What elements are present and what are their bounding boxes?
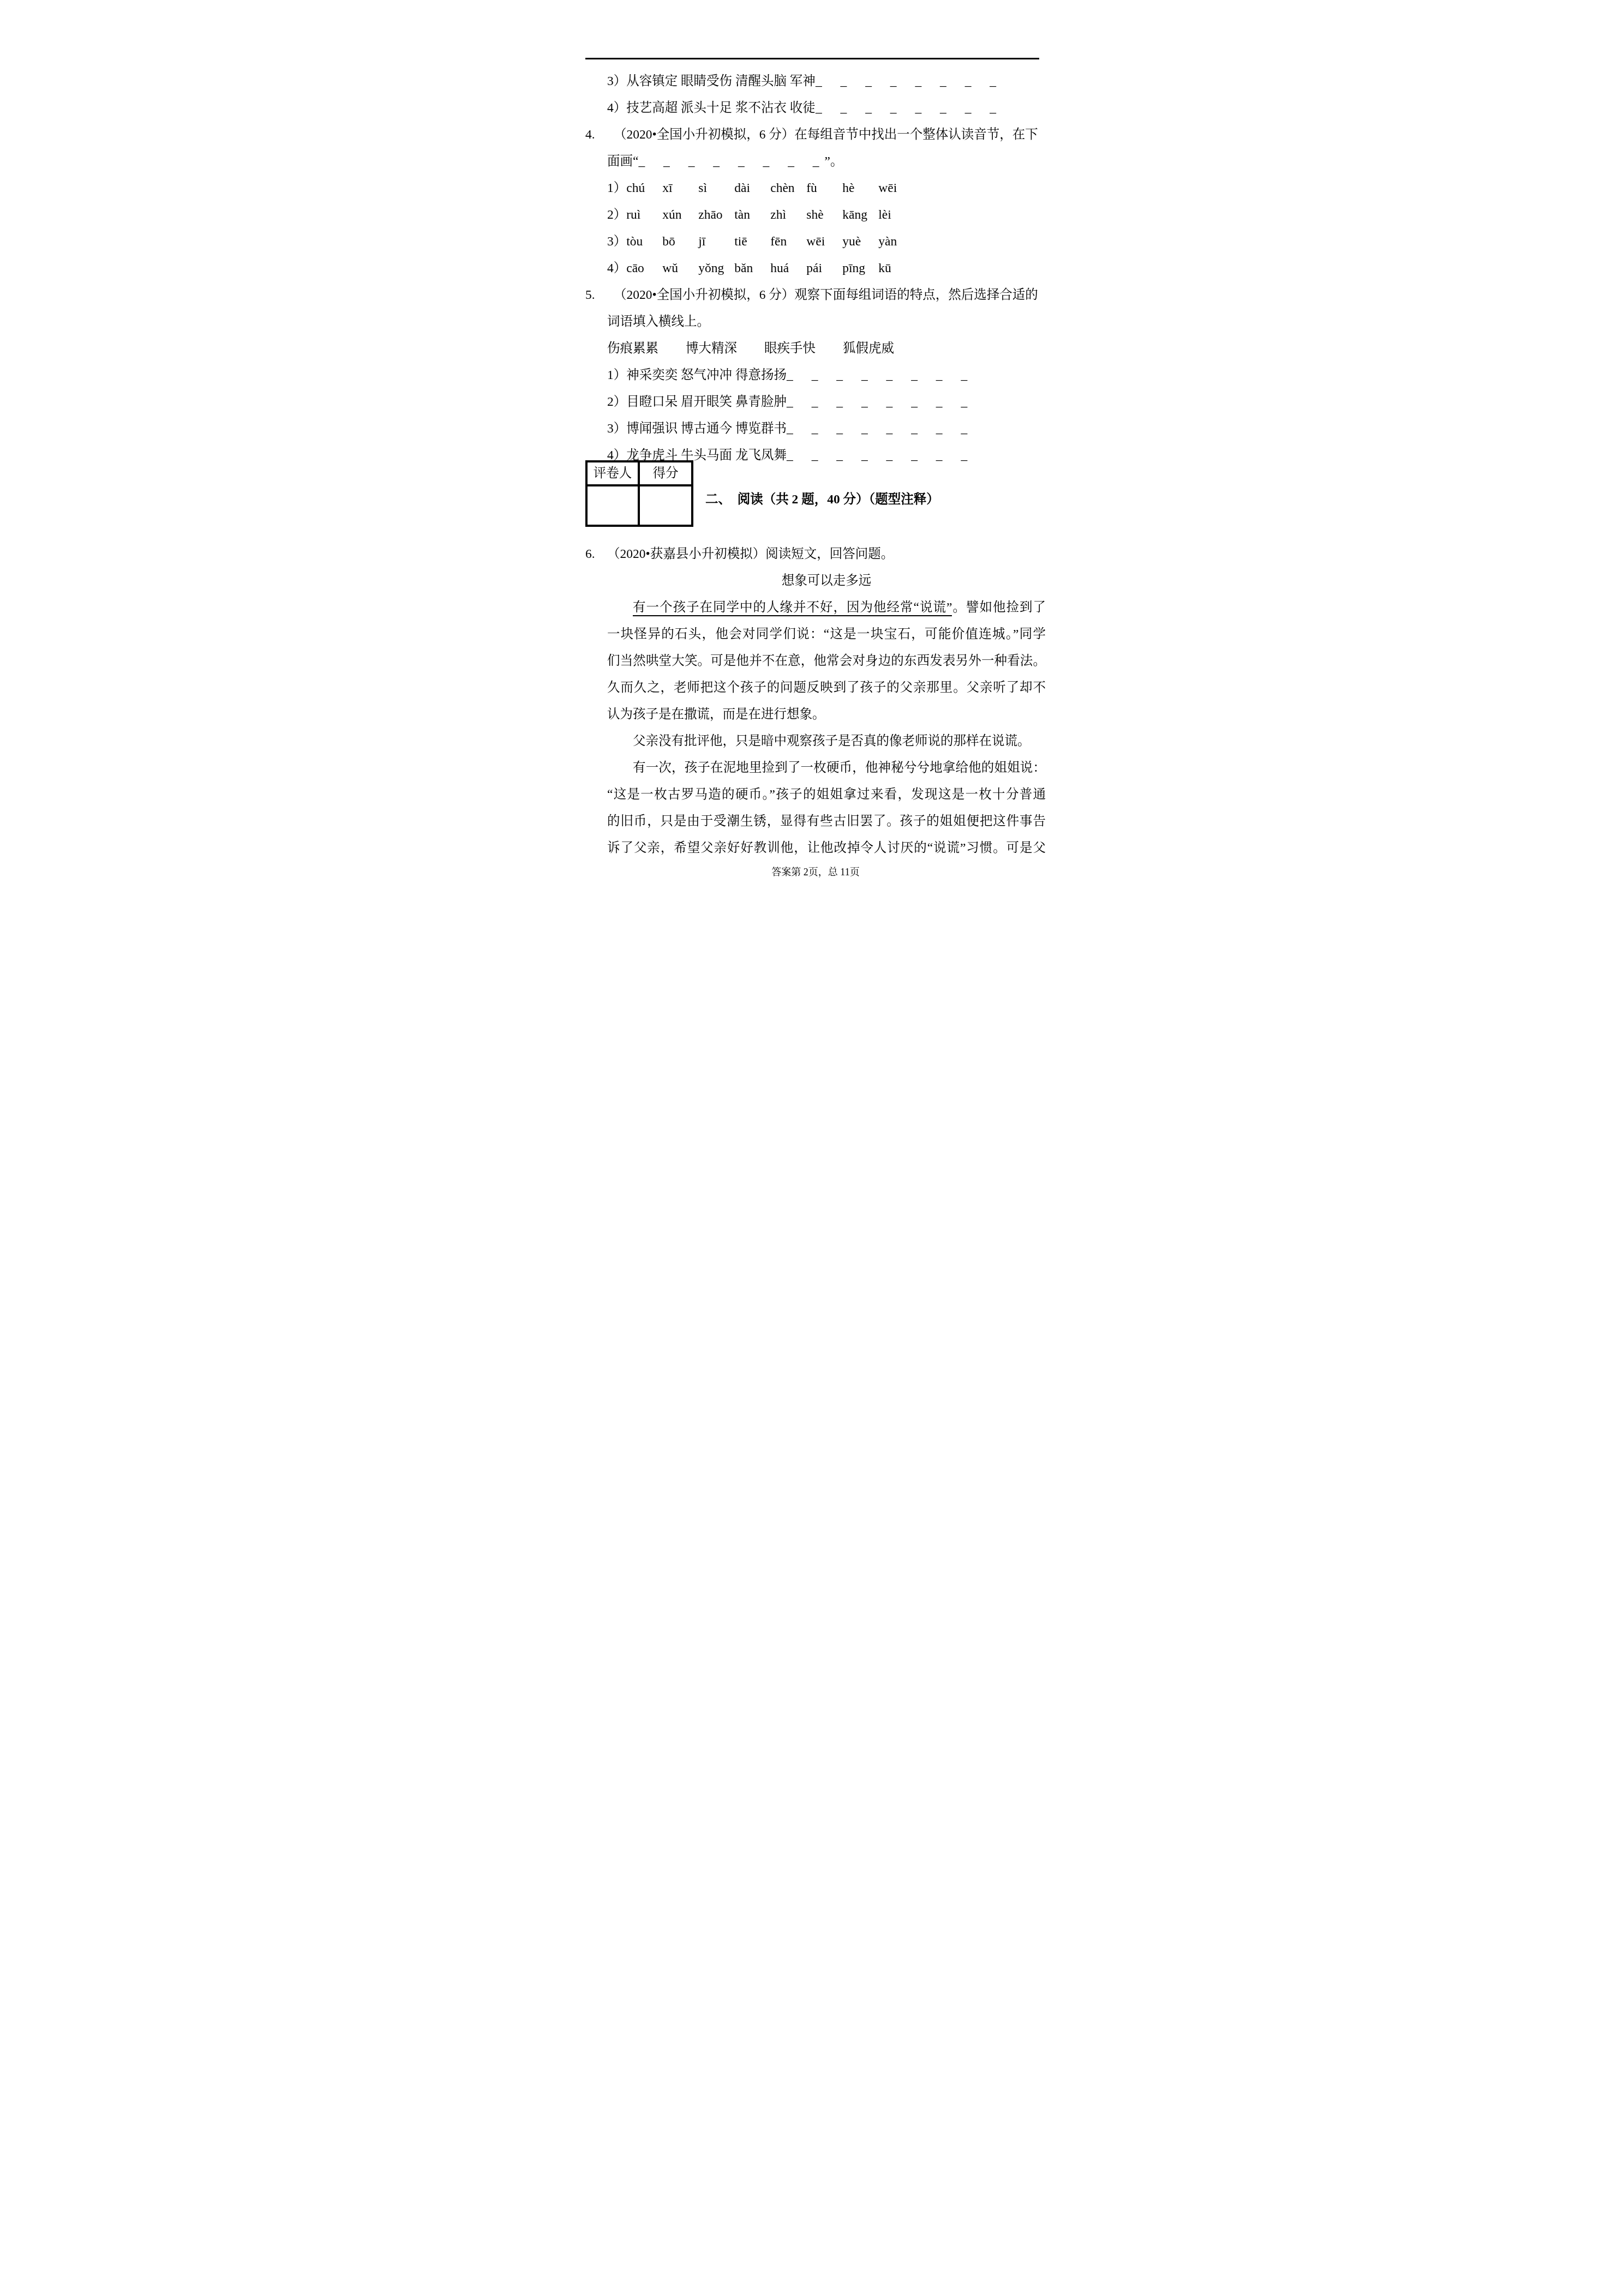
item-words: 神采奕奕 怒气冲冲 得意扬扬: [626, 368, 787, 382]
answer-blank: _ _ _ _ _ _ _ _: [787, 422, 973, 436]
item-words: 目瞪口呆 眉开眼笑 鼻青脸肿: [626, 395, 787, 409]
pinyin-syllable: bō: [662, 229, 698, 255]
item-number: 2）: [607, 208, 626, 222]
word-bank-item: 眼疾手快: [764, 335, 816, 362]
pinyin-syllable: fù: [806, 175, 842, 202]
pinyin-syllable: shè: [806, 202, 842, 229]
pinyin-syllable: chú: [626, 175, 662, 202]
item-number: 2）: [607, 395, 626, 409]
fill-item-4: 4）技艺高超 派头十足 浆不沾衣 收徒_ _ _ _ _ _ _ _: [607, 95, 1046, 122]
word-bank-item: 狐假虎威: [843, 335, 894, 362]
grader-table-value-row: [588, 486, 691, 525]
word-bank: 伤痕累累 博大精深 眼疾手快 狐假虎威: [607, 335, 1046, 362]
pinyin-row-2: 2）ruìxúnzhāotànzhìshèkānglèi: [607, 202, 1046, 229]
pinyin-syllable: pái: [806, 255, 842, 282]
item-number: 3）: [607, 74, 626, 88]
pinyin-syllable: yǒng: [698, 255, 734, 282]
grader-cell-pingjuanren: [588, 486, 640, 525]
pinyin-row-3: 3）tòubōjītiēfēnwēiyuèyàn: [607, 229, 1046, 255]
pinyin-syllable: tiē: [734, 229, 770, 255]
question-5-stem: 5.（2020•全国小升初模拟，6 分）观察下面每组词语的特点，然后选择合适的: [585, 282, 1046, 309]
exam-page: 3）从容镇定 眼睛受伤 清醒头脑 军神_ _ _ _ _ _ _ _ 4）技艺高…: [487, 0, 1137, 918]
grader-header-pingjuanren: 评卷人: [588, 462, 640, 484]
pinyin-syllable: pīng: [842, 255, 878, 282]
pinyin-syllable: fēn: [770, 229, 806, 255]
word-bank-item: 伤痕累累: [607, 335, 658, 362]
question-number: 6.: [585, 541, 607, 568]
passage-line: 久而久之，老师把这个孩子的问题反映到了孩子的父亲那里。父亲听了却不: [607, 675, 1046, 701]
pinyin-syllable: dài: [734, 175, 770, 202]
grader-table: 评卷人 得分: [585, 460, 693, 527]
pinyin-syllable: xún: [662, 202, 698, 229]
answer-blank: _ _ _ _ _ _ _ _: [816, 101, 1002, 115]
fill-item-q5-1: 1）神采奕奕 怒气冲冲 得意扬扬_ _ _ _ _ _ _ _: [607, 362, 1046, 389]
pinyin-syllable: yuè: [842, 229, 878, 255]
item-words: 博闻强识 博古通今 博览群书: [626, 422, 787, 436]
pinyin-syllable: tòu: [626, 229, 662, 255]
answer-blank: _ _ _ _ _ _ _ _: [816, 74, 1002, 88]
item-number: 4）: [607, 261, 626, 275]
item-words: 技艺高超 派头十足 浆不沾衣 收徒: [626, 101, 816, 115]
passage-line: “这是一枚古罗马造的硬币。”孩子的姐姐拿过来看，发现这是一枚十分普通: [607, 782, 1046, 808]
grader-table-header-row: 评卷人 得分: [588, 462, 691, 486]
fill-suffix: ”。: [825, 154, 843, 169]
item-number: 1）: [607, 181, 626, 195]
answer-blank: _ _ _ _ _ _ _ _: [787, 368, 973, 382]
passage-line: 父亲没有批评他，只是暗中观察孩子是否真的像老师说的那样在说谎。: [607, 728, 1046, 755]
passage-line: 有一个孩子在同学中的人缘并不好，因为他经常“说谎”。譬如他捡到了: [607, 594, 1046, 621]
passage-line: 认为孩子是在撒谎，而是在进行想象。: [607, 701, 1046, 728]
page-footer: 答案第 2页，总 11页: [585, 865, 1046, 879]
pinyin-syllable: huá: [770, 255, 806, 282]
passage-line: 们当然哄堂大笑。可是他并不在意，他常会对身边的东西发表另外一种看法。: [607, 648, 1046, 675]
section-2-row: 评卷人 得分 二、 阅读（共 2 题，40 分）（题型注释）: [585, 460, 1046, 541]
pinyin-syllable: kū: [878, 255, 891, 282]
question-5-stem-line2: 词语填入横线上。: [607, 309, 1046, 335]
question-4-stem: 4.（2020•全国小升初模拟，6 分）在每组音节中找出一个整体认读音节，在下: [585, 122, 1046, 148]
passage-line: 一块怪异的石头，他会对同学们说：“这是一块宝石，可能价值连城。”同学: [607, 621, 1046, 648]
answer-blank: _ _ _ _ _ _ _ _: [638, 154, 824, 169]
pinyin-syllable: bǎn: [734, 255, 770, 282]
question-stem-text: （2020•全国小升初模拟，6 分）观察下面每组词语的特点，然后选择合适的: [614, 288, 1038, 302]
question-stem-text: （2020•获嘉县小升初模拟）阅读短文，回答问题。: [607, 547, 894, 561]
header-rule: [585, 58, 1039, 59]
grader-header-defen: 得分: [640, 462, 691, 484]
pinyin-syllable: zhāo: [698, 202, 734, 229]
passage-line: 有一次，孩子在泥地里捡到了一枚硬币，他神秘兮兮地拿给他的姐姐说：: [607, 755, 1046, 782]
pinyin-syllable: kāng: [842, 202, 878, 229]
pinyin-syllable: ruì: [626, 202, 662, 229]
pinyin-syllable: wēi: [806, 229, 842, 255]
answer-blank: _ _ _ _ _ _ _ _: [787, 395, 973, 409]
pinyin-syllable: zhì: [770, 202, 806, 229]
question-number: 5.: [585, 282, 614, 309]
pinyin-row-1: 1）chúxīsìdàichènfùhèwēi: [607, 175, 1046, 202]
section-2-heading: 二、 阅读（共 2 题，40 分）（题型注释）: [705, 486, 939, 513]
pinyin-syllable: wǔ: [662, 255, 698, 282]
passage-line: 的旧币，只是由于受潮生锈，显得有些古旧罢了。孩子的姐姐便把这件事告: [607, 808, 1046, 835]
pinyin-syllable: yàn: [878, 229, 897, 255]
pinyin-syllable: jī: [698, 229, 734, 255]
item-number: 4）: [607, 101, 626, 115]
question-stem-text: （2020•全国小升初模拟，6 分）在每组音节中找出一个整体认读音节，在下: [614, 128, 1038, 142]
pinyin-syllable: wēi: [878, 175, 897, 202]
question-number: 4.: [585, 122, 614, 148]
passage-text: 。譬如他捡到了: [952, 600, 1046, 615]
fill-item-q5-2: 2）目瞪口呆 眉开眼笑 鼻青脸肿_ _ _ _ _ _ _ _: [607, 389, 1046, 416]
pinyin-syllable: lèi: [878, 202, 891, 229]
passage-title: 想象可以走多远: [607, 568, 1046, 594]
question-6-stem: 6.（2020•获嘉县小升初模拟）阅读短文，回答问题。: [585, 541, 1046, 568]
pinyin-syllable: xī: [662, 175, 698, 202]
word-bank-item: 博大精深: [686, 335, 737, 362]
pinyin-syllable: hè: [842, 175, 878, 202]
grader-cell-defen: [640, 486, 691, 525]
pinyin-syllable: cāo: [626, 255, 662, 282]
item-words: 从容镇定 眼睛受伤 清醒头脑 军神: [626, 74, 816, 88]
item-number: 3）: [607, 235, 626, 249]
pinyin-syllable: tàn: [734, 202, 770, 229]
item-number: 3）: [607, 422, 626, 436]
question-stem-text: 词语填入横线上。: [607, 315, 710, 329]
item-number: 1）: [607, 368, 626, 382]
fill-item-3: 3）从容镇定 眼睛受伤 清醒头脑 军神_ _ _ _ _ _ _ _: [607, 68, 1046, 95]
pinyin-syllable: sì: [698, 175, 734, 202]
fill-item-q5-3: 3）博闻强识 博古通今 博览群书_ _ _ _ _ _ _ _: [607, 416, 1046, 442]
question-4-fill-line: 面画“_ _ _ _ _ _ _ _”。: [607, 148, 1046, 175]
pinyin-syllable: chèn: [770, 175, 806, 202]
passage-line: 诉了父亲，希望父亲好好教训他，让他改掉令人讨厌的“说谎”习惯。可是父: [607, 835, 1046, 862]
fill-prefix: 面画“: [607, 154, 638, 169]
pinyin-row-4: 4）cāowǔyǒngbǎnhuápáipīngkū: [607, 255, 1046, 282]
underlined-clause: 有一个孩子在同学中的人缘并不好，因为他经常“说谎”: [633, 600, 952, 616]
